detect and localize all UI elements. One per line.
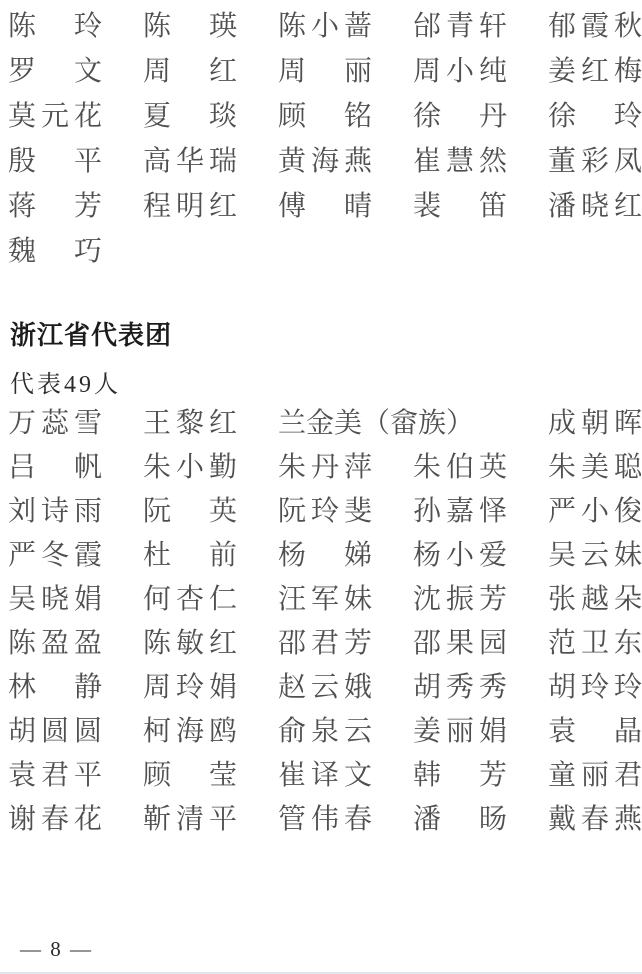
name-char: 赵 [278, 674, 306, 702]
name-char: 何 [143, 586, 171, 614]
name-char: 周 [278, 58, 306, 86]
name-cell: 姜红梅 [548, 58, 642, 86]
name-char: 红 [209, 410, 237, 438]
name-char: 君 [311, 630, 339, 658]
name-char: 杨 [278, 542, 306, 570]
name-char: 嘉 [446, 498, 474, 526]
name-char: 慧 [446, 148, 474, 176]
name-char: 陈 [143, 630, 171, 658]
name-char: 徐 [548, 103, 576, 131]
name-row: 陈玲陈瑛陈小蔷邰青轩郁霞秋 [0, 4, 642, 49]
name-char: 范 [548, 630, 576, 658]
name-cell: 陈瑛 [143, 13, 237, 41]
previous-delegation-names-grid: 陈玲陈瑛陈小蔷邰青轩郁霞秋罗文周红周丽周小纯姜红梅莫元花夏琰顾铭徐丹徐玲殷平高华… [0, 4, 642, 274]
name-char: 殷 [8, 148, 36, 176]
name-char: 文 [74, 58, 102, 86]
name-char: 泉 [311, 718, 339, 746]
name-char: 鸥 [209, 718, 237, 746]
name-char: 徐 [413, 103, 441, 131]
name-char: 平 [74, 148, 102, 176]
name-char: 雨 [74, 498, 102, 526]
name-char: 俞 [278, 718, 306, 746]
name-char: 彩 [581, 148, 609, 176]
name-row: 魏巧 [0, 229, 642, 274]
name-char: 丹 [479, 103, 507, 131]
name-char: 韩 [413, 762, 441, 790]
name-row: 吴晓娟何杏仁汪军妹沈振芳张越朵 [0, 578, 642, 622]
name-cell: 吕帆 [8, 454, 102, 482]
name-char: 玲 [311, 498, 339, 526]
name-char: 明 [176, 193, 204, 221]
name-char: 妹 [614, 542, 642, 570]
name-char: 海 [311, 148, 339, 176]
name-char: 丽 [581, 762, 609, 790]
name-char: 平 [209, 806, 237, 834]
name-char: 旸 [479, 806, 507, 834]
name-char: 妹 [344, 586, 372, 614]
zhejiang-delegation-names-grid: 万蕊雪王黎红兰金美（畲族）成朝晖吕帆朱小勤朱丹萍朱伯英朱美聪刘诗雨阮英阮玲斐孙嘉… [0, 402, 642, 842]
name-char: 沈 [413, 586, 441, 614]
name-cell: 殷平 [8, 148, 102, 176]
name-char: 莹 [209, 762, 237, 790]
name-char: 蒋 [8, 193, 36, 221]
name-char: 莫 [8, 103, 36, 131]
name-char: 勤 [209, 454, 237, 482]
name-char: 斐 [344, 498, 372, 526]
name-char: 戴 [548, 806, 576, 834]
name-char: 娟 [479, 718, 507, 746]
name-char: 玲 [614, 674, 642, 702]
name-char: 然 [479, 148, 507, 176]
name-cell: 沈振芳 [413, 586, 507, 614]
name-cell: 范卫东 [548, 630, 642, 658]
name-char: 林 [8, 674, 36, 702]
name-cell: 陈小蔷 [278, 13, 372, 41]
name-char: 花 [74, 806, 102, 834]
name-cell: 董彩凤 [548, 148, 642, 176]
name-char: 杨 [413, 542, 441, 570]
name-char: 丽 [446, 718, 474, 746]
name-char: 花 [74, 103, 102, 131]
name-char: 伟 [311, 806, 339, 834]
name-char: 红 [209, 193, 237, 221]
name-char: 爱 [479, 542, 507, 570]
name-char: 陈 [143, 13, 171, 41]
name-char: 吴 [8, 586, 36, 614]
name-char: 东 [614, 630, 642, 658]
name-char: 红 [581, 58, 609, 86]
name-cell: 汪军妹 [278, 586, 372, 614]
name-char: 陈 [278, 13, 306, 41]
name-char: 盈 [41, 630, 69, 658]
name-char: 瑞 [209, 148, 237, 176]
name-char: 丹 [311, 454, 339, 482]
name-char: 小 [176, 454, 204, 482]
name-cell: 周小纯 [413, 58, 507, 86]
name-cell: 周玲娟 [143, 674, 237, 702]
name-cell: 程明红 [143, 193, 237, 221]
name-char: 小 [581, 498, 609, 526]
name-char: 霞 [74, 542, 102, 570]
name-char: 潘 [548, 193, 576, 221]
name-cell: 阮英 [143, 498, 237, 526]
name-row: 殷平高华瑞黄海燕崔慧然董彩凤 [0, 139, 642, 184]
name-char: 崔 [413, 148, 441, 176]
name-cell: 邰青轩 [413, 13, 507, 41]
name-char: 红 [209, 630, 237, 658]
name-char: 军 [311, 586, 339, 614]
name-char: 柯 [143, 718, 171, 746]
name-cell: 靳清平 [143, 806, 237, 834]
name-char: 红 [614, 193, 642, 221]
name-char: 崔 [278, 762, 306, 790]
name-char: 清 [176, 806, 204, 834]
name-char: 园 [479, 630, 507, 658]
name-char: 董 [548, 148, 576, 176]
name-char: 谢 [8, 806, 36, 834]
name-cell: 潘旸 [413, 806, 507, 834]
name-cell: 兰金美（畲族） [278, 410, 507, 438]
name-char: 娥 [344, 674, 372, 702]
name-char: 帆 [74, 454, 102, 482]
name-char: 邰 [413, 13, 441, 41]
name-cell: 魏巧 [8, 238, 102, 266]
name-cell: 胡秀秀 [413, 674, 507, 702]
name-cell: 谢春花 [8, 806, 102, 834]
name-row: 林静周玲娟赵云娥胡秀秀胡玲玲 [0, 666, 642, 710]
name-char: 阮 [143, 498, 171, 526]
name-char: 巧 [74, 238, 102, 266]
name-char: 春 [581, 806, 609, 834]
name-char: 玲 [74, 13, 102, 41]
name-char: 刘 [8, 498, 36, 526]
name-char: 王 [143, 410, 171, 438]
name-char: 高 [143, 148, 171, 176]
name-char: 俊 [614, 498, 642, 526]
name-cell: 何杏仁 [143, 586, 237, 614]
name-cell: 姜丽娟 [413, 718, 507, 746]
name-cell: 胡圆圆 [8, 718, 102, 746]
name-char: 裴 [413, 193, 441, 221]
name-char: 伯 [446, 454, 474, 482]
name-char: 云 [344, 718, 372, 746]
name-char: 邵 [413, 630, 441, 658]
name-cell: 朱小勤 [143, 454, 237, 482]
name-char: 诗 [41, 498, 69, 526]
name-char: 严 [548, 498, 576, 526]
name-cell: 林静 [8, 674, 102, 702]
name-row: 袁君平顾莹崔译文韩芳童丽君 [0, 754, 642, 798]
name-char: 萍 [344, 454, 372, 482]
name-char: 姜 [548, 58, 576, 86]
name-char: 元 [41, 103, 69, 131]
name-char: 云 [311, 674, 339, 702]
name-cell: 戴春燕 [548, 806, 642, 834]
name-cell: 崔慧然 [413, 148, 507, 176]
name-row: 吕帆朱小勤朱丹萍朱伯英朱美聪 [0, 446, 642, 490]
name-char: 姜 [413, 718, 441, 746]
name-row: 万蕊雪王黎红兰金美（畲族）成朝晖 [0, 402, 642, 446]
name-char: 敏 [176, 630, 204, 658]
name-cell: 顾莹 [143, 762, 237, 790]
name-cell: 成朝晖 [548, 410, 642, 438]
name-char: 靳 [143, 806, 171, 834]
name-char: 冬 [41, 542, 69, 570]
name-cell: 杜前 [143, 542, 237, 570]
name-cell: 邵君芳 [278, 630, 372, 658]
name-char: 蔷 [344, 13, 372, 41]
name-char: 前 [209, 542, 237, 570]
name-cell: 万蕊雪 [8, 410, 102, 438]
name-cell: 徐丹 [413, 103, 507, 131]
name-char: 燕 [344, 148, 372, 176]
name-char: 晓 [581, 193, 609, 221]
name-cell: 傅晴 [278, 193, 372, 221]
name-char: 吴 [548, 542, 576, 570]
name-char: 周 [413, 58, 441, 86]
delegation-heading: 浙江省代表团 [10, 315, 172, 352]
name-cell: 韩芳 [413, 762, 507, 790]
name-char: 纯 [479, 58, 507, 86]
name-char: 管 [278, 806, 306, 834]
name-char: 盈 [74, 630, 102, 658]
name-cell: 袁君平 [8, 762, 102, 790]
name-char: 娟 [74, 586, 102, 614]
name-char: 聪 [614, 454, 642, 482]
name-cell: 孙嘉怿 [413, 498, 507, 526]
name-char: 春 [41, 806, 69, 834]
name-cell: 潘晓红 [548, 193, 642, 221]
name-char: 英 [479, 454, 507, 482]
name-cell: 周丽 [278, 58, 372, 86]
name-char: 燕 [614, 806, 642, 834]
delegate-count-label: 代表49人 [10, 364, 121, 399]
name-cell: 蒋芳 [8, 193, 102, 221]
name-cell: 陈敏红 [143, 630, 237, 658]
name-char: 晖 [614, 410, 642, 438]
name-char: 译 [311, 762, 339, 790]
name-row: 胡圆圆柯海鸥俞泉云姜丽娟袁晶 [0, 710, 642, 754]
name-cell: 朱丹萍 [278, 454, 372, 482]
name-char: 笛 [479, 193, 507, 221]
name-char: 朵 [614, 586, 642, 614]
name-char: 秋 [614, 13, 642, 41]
name-char: 红 [209, 58, 237, 86]
name-char: 杏 [176, 586, 204, 614]
name-char: 顾 [143, 762, 171, 790]
name-char: 张 [548, 586, 576, 614]
name-char: 成 [548, 410, 576, 438]
name-cell: 崔译文 [278, 762, 372, 790]
name-char: 玲 [581, 674, 609, 702]
name-char: 朝 [581, 410, 609, 438]
page-number: — 8 — [20, 937, 93, 962]
name-char: 丽 [344, 58, 372, 86]
name-char: 朱 [413, 454, 441, 482]
name-cell: 裴笛 [413, 193, 507, 221]
name-char: 秀 [479, 674, 507, 702]
name-cell: 罗文 [8, 58, 102, 86]
name-char: 万 [8, 410, 36, 438]
name-char: 雪 [74, 410, 102, 438]
name-char: 美 [581, 454, 609, 482]
name-cell: 莫元花 [8, 103, 102, 131]
name-cell: 邵果园 [413, 630, 507, 658]
name-char: 云 [581, 542, 609, 570]
name-cell: 杨小爱 [413, 542, 507, 570]
name-char: 仁 [209, 586, 237, 614]
name-char: 朱 [278, 454, 306, 482]
name-cell: 高华瑞 [143, 148, 237, 176]
name-char: 圆 [74, 718, 102, 746]
name-cell: 严冬霞 [8, 542, 102, 570]
name-row: 蒋芳程明红傅晴裴笛潘晓红 [0, 184, 642, 229]
name-char: 傅 [278, 193, 306, 221]
name-char: 秀 [446, 674, 474, 702]
name-cell: 周红 [143, 58, 237, 86]
name-char: 凤 [614, 148, 642, 176]
name-char: 铭 [344, 103, 372, 131]
name-char: 振 [446, 586, 474, 614]
name-cell: 张越朵 [548, 586, 642, 614]
name-char: 玲 [614, 103, 642, 131]
name-cell: 胡玲玲 [548, 674, 642, 702]
name-row: 莫元花夏琰顾铭徐丹徐玲 [0, 94, 642, 139]
name-char: 娣 [344, 542, 372, 570]
name-char: 静 [74, 674, 102, 702]
name-cell: 徐玲 [548, 103, 642, 131]
name-char: 阮 [278, 498, 306, 526]
name-char: 吕 [8, 454, 36, 482]
name-char: 潘 [413, 806, 441, 834]
name-cell: 夏琰 [143, 103, 237, 131]
name-char: 小 [446, 542, 474, 570]
name-cell: 朱伯英 [413, 454, 507, 482]
name-char: 果 [446, 630, 474, 658]
name-char: 孙 [413, 498, 441, 526]
name-cell: 吴晓娟 [8, 586, 102, 614]
name-cell: 袁晶 [548, 718, 642, 746]
name-char: 梅 [614, 58, 642, 86]
name-cell: 朱美聪 [548, 454, 642, 482]
name-row: 陈盈盈陈敏红邵君芳邵果园范卫东 [0, 622, 642, 666]
name-row: 严冬霞杜前杨娣杨小爱吴云妹 [0, 534, 642, 578]
name-char: 胡 [548, 674, 576, 702]
name-char: 青 [446, 13, 474, 41]
name-cell: 杨娣 [278, 542, 372, 570]
name-cell: 郁霞秋 [548, 13, 642, 41]
name-char: 文 [344, 762, 372, 790]
name-char: 周 [143, 58, 171, 86]
name-char: 英 [209, 498, 237, 526]
name-cell: 严小俊 [548, 498, 642, 526]
name-char: 严 [8, 542, 36, 570]
name-cell: 刘诗雨 [8, 498, 102, 526]
name-char: 魏 [8, 238, 36, 266]
name-char: 童 [548, 762, 576, 790]
name-cell: 阮玲斐 [278, 498, 372, 526]
name-char: 娟 [209, 674, 237, 702]
name-char: 郁 [548, 13, 576, 41]
name-cell: 柯海鸥 [143, 718, 237, 746]
name-char: 朱 [143, 454, 171, 482]
name-char: 华 [176, 148, 204, 176]
name-char: 黎 [176, 410, 204, 438]
name-char: 晶 [614, 718, 642, 746]
name-char: 玲 [176, 674, 204, 702]
name-cell: 陈盈盈 [8, 630, 102, 658]
name-char: 芳 [344, 630, 372, 658]
name-cell: 吴云妹 [548, 542, 642, 570]
name-char: 晓 [41, 586, 69, 614]
name-char: 顾 [278, 103, 306, 131]
name-char: 朱 [548, 454, 576, 482]
name-char: 黄 [278, 148, 306, 176]
name-char: 越 [581, 586, 609, 614]
name-char: 汪 [278, 586, 306, 614]
name-char: 平 [74, 762, 102, 790]
name-char: 陈 [8, 13, 36, 41]
name-char: 君 [41, 762, 69, 790]
name-char: 杜 [143, 542, 171, 570]
name-char: 芳 [479, 586, 507, 614]
name-cell: 俞泉云 [278, 718, 372, 746]
name-char: 春 [344, 806, 372, 834]
name-char: 胡 [8, 718, 36, 746]
name-cell: 童丽君 [548, 762, 642, 790]
name-char: 小 [311, 13, 339, 41]
document-page: 陈玲陈瑛陈小蔷邰青轩郁霞秋罗文周红周丽周小纯姜红梅莫元花夏琰顾铭徐丹徐玲殷平高华… [0, 0, 642, 974]
name-cell: 王黎红 [143, 410, 237, 438]
name-char: 芳 [479, 762, 507, 790]
name-char: 琰 [209, 103, 237, 131]
name-char: 海 [176, 718, 204, 746]
name-char: 胡 [413, 674, 441, 702]
name-char: 瑛 [209, 13, 237, 41]
name-char: 卫 [581, 630, 609, 658]
name-cell: 陈玲 [8, 13, 102, 41]
name-char: 蕊 [41, 410, 69, 438]
name-char: 君 [614, 762, 642, 790]
name-row: 罗文周红周丽周小纯姜红梅 [0, 49, 642, 94]
name-char: 轩 [479, 13, 507, 41]
name-char: 袁 [548, 718, 576, 746]
name-char: 程 [143, 193, 171, 221]
name-char: 周 [143, 674, 171, 702]
name-char: 晴 [344, 193, 372, 221]
name-char: 陈 [8, 630, 36, 658]
name-row: 谢春花靳清平管伟春潘旸戴春燕 [0, 798, 642, 842]
name-cell: 赵云娥 [278, 674, 372, 702]
name-cell: 顾铭 [278, 103, 372, 131]
name-char: 小 [446, 58, 474, 86]
name-char: 圆 [41, 718, 69, 746]
name-char: 芳 [74, 193, 102, 221]
name-char: 邵 [278, 630, 306, 658]
name-cell: 黄海燕 [278, 148, 372, 176]
name-char: 袁 [8, 762, 36, 790]
name-char: 霞 [581, 13, 609, 41]
name-cell: 管伟春 [278, 806, 372, 834]
name-char: 夏 [143, 103, 171, 131]
name-row: 刘诗雨阮英阮玲斐孙嘉怿严小俊 [0, 490, 642, 534]
name-char: 罗 [8, 58, 36, 86]
name-char: 怿 [479, 498, 507, 526]
